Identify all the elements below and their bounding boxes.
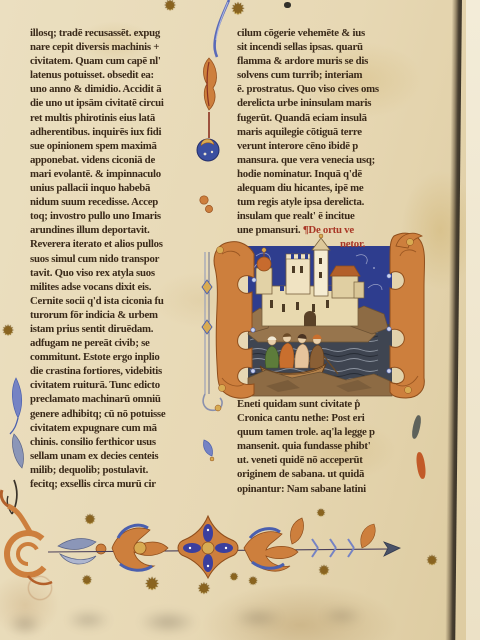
text-line: insulam que realt' ē incitue <box>237 209 429 223</box>
center-acanthus-cluster <box>112 525 168 570</box>
text-line: Eneti quidam sunt civitate p̊ <box>237 397 429 411</box>
text-line: chinis. consilio ferthicor usus <box>30 435 202 449</box>
text-line: originem de sabana. ut quidā <box>237 467 429 481</box>
text-line: latenus potuisset. obsedit ea: <box>30 68 202 82</box>
rubric-line-2: netor. <box>340 238 365 250</box>
text-line: opinantur: Nam sabane latini <box>237 482 429 496</box>
text-line: verunt interore cēno ibidē p <box>237 139 429 153</box>
text-line: suos simul cum nido transpor <box>30 252 202 266</box>
text-line: die crastina fortiores, videbitis <box>30 364 202 378</box>
text-line: mari evolantē. & impinnaculo <box>30 167 202 181</box>
orange-dome <box>257 257 271 271</box>
text-line: nidum suum recedisse. Accep <box>30 195 202 209</box>
manuscript-photo: illosq; tradē recusassēt. expugnare cepi… <box>0 0 480 640</box>
page-beyond-edge <box>466 0 480 640</box>
text-line: milites adse vocans dixit eis. <box>30 280 202 294</box>
text-line: tum regis atyle ipsa derelicta. <box>237 195 429 209</box>
text-line: ret multis phirotinis eius latā <box>30 111 202 125</box>
miniature-scene <box>248 234 392 396</box>
text-line: milib; dequolib; postulavit. <box>30 463 202 477</box>
rubric-incipit: ¶De ortu ve <box>303 224 354 236</box>
text-line: civitatem ruiturā. Tunc edicto <box>30 378 202 392</box>
text-line: sellam unam ex decies centeis <box>30 449 202 463</box>
text-line: genere adhibitq; cū nō potuisse <box>30 407 202 421</box>
text-line: arundines illum deportavit. <box>30 223 202 237</box>
text-line: sue opinionem spem maximā <box>30 139 202 153</box>
text-line: mansenit. quia fundasse phibt' <box>237 439 429 453</box>
text-line: adfugam ne pereāt civib; se <box>30 336 202 350</box>
text-line: commitunt. Estote ergo inplio <box>30 350 202 364</box>
text-line: ē. prostratus. Quo viso cives oms <box>237 82 429 96</box>
text-line: fugerūt. Quandā eciam insulā <box>237 111 429 125</box>
text-line: die uno ut ipsām civitatē circui <box>30 96 202 110</box>
text-line: nare cepit diversis machinis + <box>30 40 202 54</box>
text-line: maris aquilegie cōtiguā terre <box>237 125 429 139</box>
text-line: apponebat. videns ciconiā de <box>30 153 202 167</box>
text-line: flamma & ardore muris se dis <box>237 54 429 68</box>
text-line: sit incendi sellas ipsas. quarū <box>237 40 429 54</box>
text-line: turorum fōr indicia & urbem <box>30 308 202 322</box>
text-line: istam prius sentit diruēdam. <box>30 322 202 336</box>
text-line: quum tamen trole. aq'la legge p <box>237 425 429 439</box>
text-line: fecitq; exsellis circa murū cir <box>30 477 202 491</box>
text-line: Cronica cantu nethe: Post eri <box>237 411 429 425</box>
text-line: preclamato machinarū omniū <box>30 392 202 406</box>
text-line: ut. veneti quidē nō acceperūt <box>237 453 429 467</box>
text-line: mansura. que vera venecia usq; <box>237 153 429 167</box>
text-line: cilum cōgerie vehemēte & ius <box>237 26 429 40</box>
right-upper-lines: cilum cōgerie vehemēte & iussit incendi … <box>237 26 429 223</box>
corner-curl <box>0 490 58 584</box>
text-line: uno anno & dimidio. Accidit ā <box>30 82 202 96</box>
left-text-column: illosq; tradē recusassēt. expugnare cepi… <box>30 26 202 491</box>
right-text-column-lower: Eneti quidam sunt civitate p̊Cronica can… <box>237 397 429 496</box>
text-line: Cernite socii q'd ista ciconia fu <box>30 294 202 308</box>
text-line: solvens cum turrib; interiam <box>237 68 429 82</box>
text-line: tavit. Quo viso rex atyla suos <box>30 266 202 280</box>
text-line: civitatem expugnare cum mā <box>30 421 202 435</box>
text-line: civitatem. Quam cum capē nl' <box>30 54 202 68</box>
stem-arrow <box>312 524 400 557</box>
blue-penwork-curve <box>215 0 229 57</box>
right-acanthus-cluster <box>244 518 304 571</box>
text-line: unius pallacii inquo habebā <box>30 181 202 195</box>
text-line: Reverera iterato et alios pullos <box>30 237 202 251</box>
text-line: derelicta urbe ininsulam maris <box>237 96 429 110</box>
right-text-column-upper: cilum cōgerie vehemēte & iussit incendi … <box>237 26 429 237</box>
text-line: toq; invostro pullo uno Imaris <box>30 209 202 223</box>
rubric-line: une pmansuri. ¶De ortu ve <box>237 223 429 237</box>
text-line: hodie nominatur. Inquā q'dē <box>237 167 429 181</box>
orange-flame-ornament <box>204 58 217 110</box>
text-line: illosq; tradē recusassēt. expug <box>30 26 202 40</box>
text-line: alequam diu hicantes, ipē me <box>237 181 429 195</box>
text-line: adherentibus. inquirēs iux fidi <box>30 125 202 139</box>
quatrefoil-medallion <box>178 516 238 578</box>
black-tail-text: une pmansuri. <box>237 224 300 236</box>
